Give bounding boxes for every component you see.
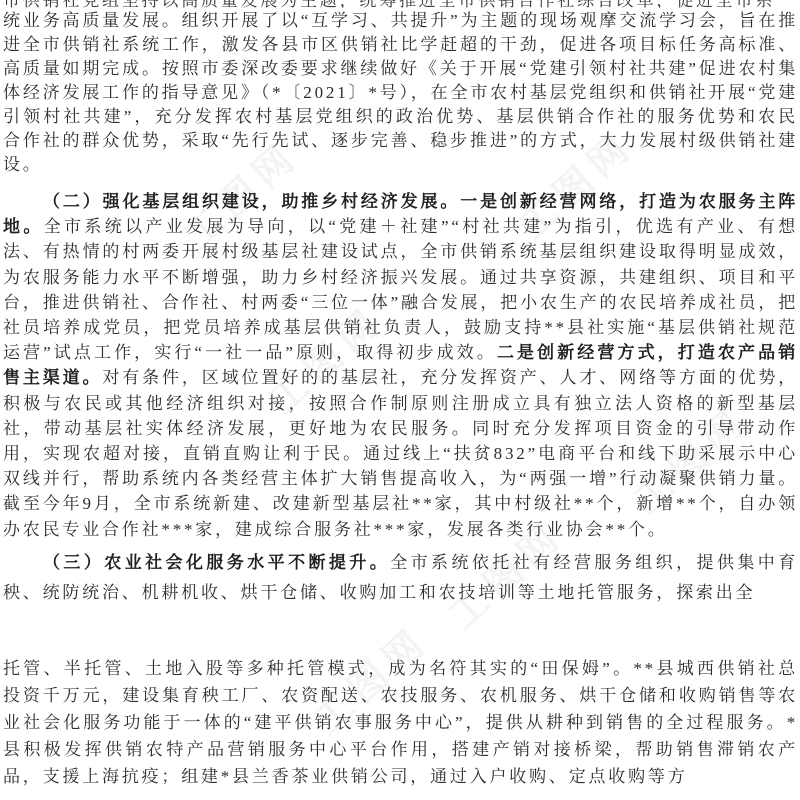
- clipped-line-text: 市供销社党组坚持以高质量发展为主题，统筹推进全市供销合作社综合改革，促进全市系: [3, 0, 798, 8]
- paragraph-p4: 托管、半托管、土地入股等多种托管模式，成为名符其实的“田保姆”。**县城西供销社…: [3, 655, 798, 790]
- text-run: 托管、半托管、土地入股等多种托管模式，成为名符其实的“田保姆”。**县城西供销社…: [3, 659, 798, 786]
- text-run-bold: （三）农业社会化服务水平不断提升。: [43, 553, 390, 572]
- clipped-line-top: 市供销社党组坚持以高质量发展为主题，统筹推进全市供销合作社综合改革，促进全市系: [3, 0, 798, 8]
- paragraph-p1: 统业务高质量发展。组织开展了以“互学习、共提升”为主题的现场观摩交流学习会，旨在…: [3, 9, 798, 177]
- text-run: 对有条件，区域位置好的的基层社，充分发挥资产、人才、网络等方面的优势，积极与农民…: [3, 368, 798, 538]
- text-run: 全市系统以产业发展为导向，以“党建＋社建”“村社共建”为指引，优选有产业、有想法…: [3, 217, 798, 362]
- document-sheet: 工图网 工图网 工图网 工图网 工图网 工图网 市供销社党组坚持以高质量发展为主…: [0, 0, 800, 800]
- document-body: 统业务高质量发展。组织开展了以“互学习、共提升”为主题的现场观摩交流学习会，旨在…: [3, 9, 798, 790]
- paragraph-p3: （三）农业社会化服务水平不断提升。全市系统依托社有经营服务组织，提供集中育秧、统…: [3, 548, 798, 608]
- text-run: 统业务高质量发展。组织开展了以“互学习、共提升”为主题的现场观摩交流学习会，旨在…: [3, 11, 798, 174]
- paragraph-p2: （二）强化基层组织建设，助推乡村经济发展。一是创新经营网络，打造为农服务主阵地。…: [3, 189, 798, 542]
- document-page: { "page": { "background": "#ffffff", "te…: [0, 0, 800, 800]
